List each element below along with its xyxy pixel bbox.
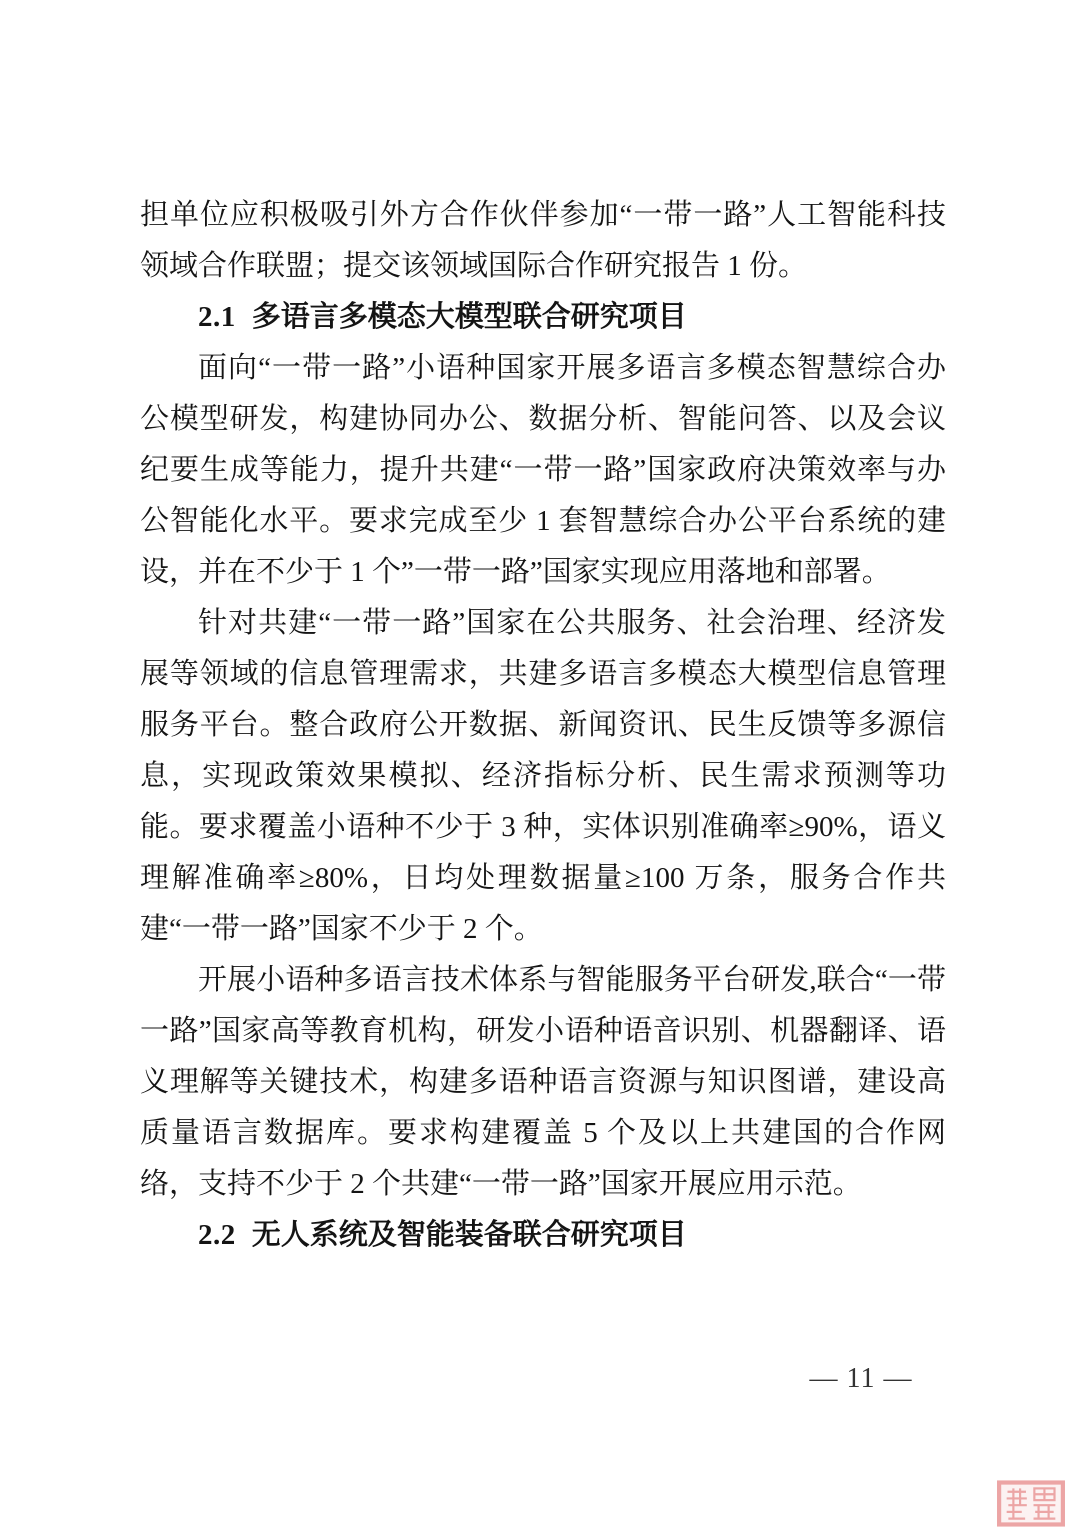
section-title: 多语言多模态大模型联合研究项目 [252,301,687,333]
section-heading: 2.1多语言多模态大模型联合研究项目 [140,292,946,343]
paragraph: 面向“一带一路”小语种国家开展多语言多模态智慧综合办公模型研发，构建协同办公、数… [140,343,946,598]
section-title: 无人系统及智能装备联合研究项目 [252,1219,687,1251]
paragraph: 开展小语种多语言技术体系与智能服务平台研发,联合“一带一路”国家高等教育机构，研… [140,955,946,1210]
red-seal-watermark [990,1480,1072,1527]
section-number: 2.1 [198,301,236,333]
paragraph: 针对共建“一带一路”国家在公共服务、社会治理、经济发展等领域的信息管理需求，共建… [140,598,946,955]
section-heading: 2.2无人系统及智能装备联合研究项目 [140,1210,946,1261]
section-number: 2.2 [198,1219,236,1251]
paragraph: 担单位应积极吸引外方合作伙伴参加“一带一路”人工智能科技领域合作联盟；提交该领域… [140,190,946,292]
document-page: 担单位应积极吸引外方合作伙伴参加“一带一路”人工智能科技领域合作联盟；提交该领域… [0,0,1080,1527]
page-number: — 11 — [806,1363,916,1395]
document-body: 担单位应积极吸引外方合作伙伴参加“一带一路”人工智能科技领域合作联盟；提交该领域… [140,190,946,1261]
